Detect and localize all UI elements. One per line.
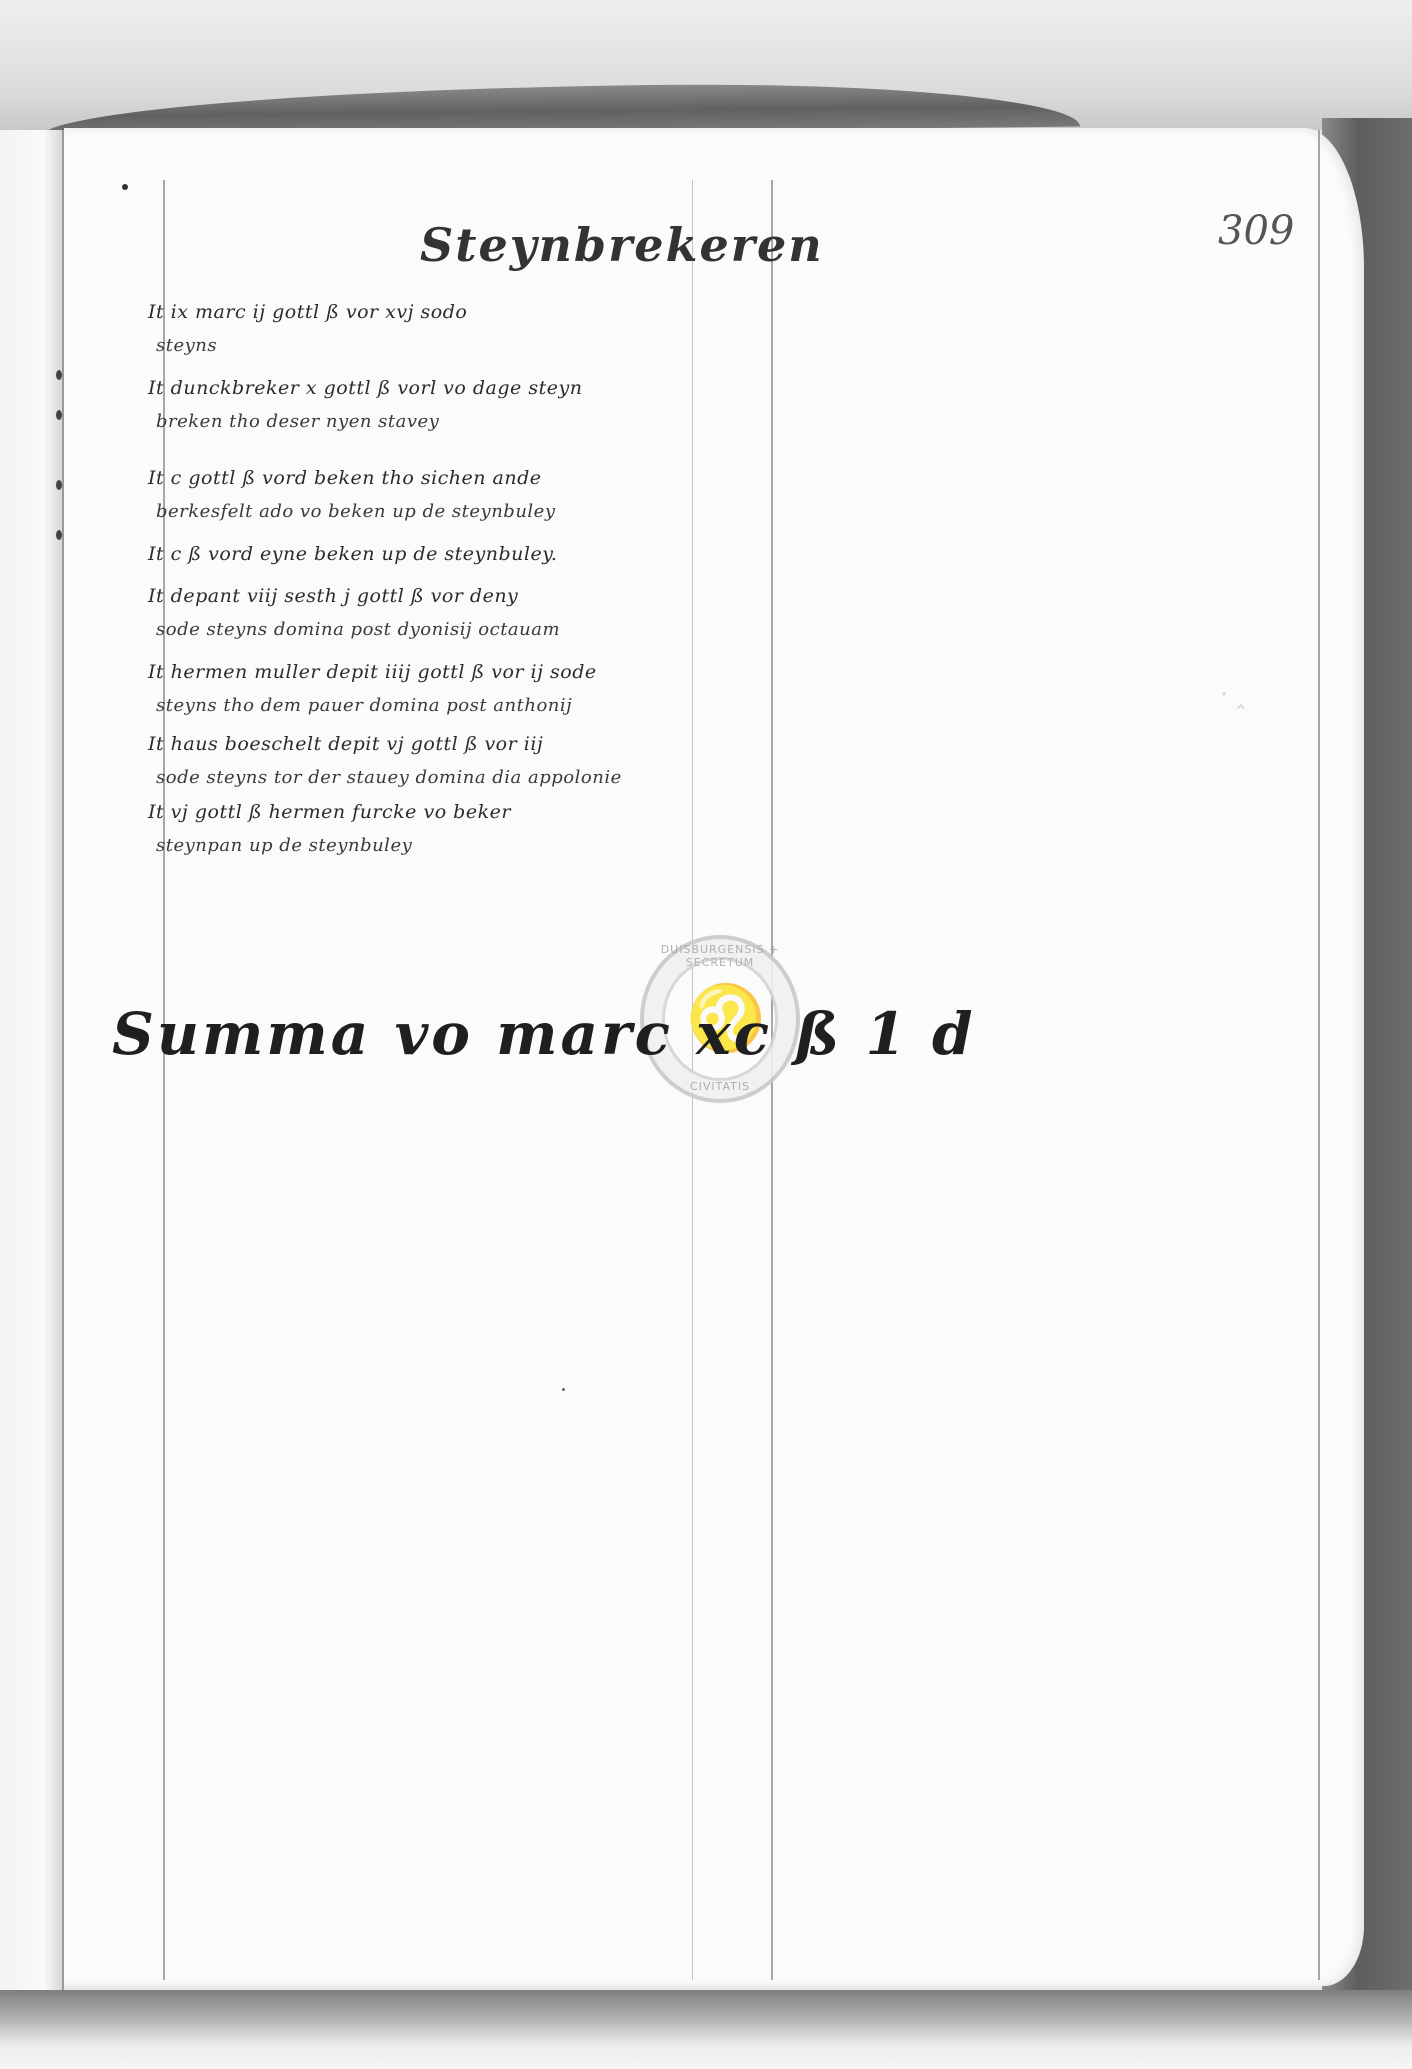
entry-line: It haus boeschelt depit vj gottl ß vor i…	[148, 728, 738, 761]
seal-legend-top: DUISBURGENSIS + SECRETUM	[644, 943, 796, 969]
entry-line: It ix marc ij gottl ß vor xvj sodo	[148, 296, 738, 329]
ledger-entry: It ix marc ij gottl ß vor xvj sodo steyn…	[148, 296, 738, 362]
entry-line: breken tho deser nyen stavey	[148, 405, 738, 438]
ledger-entry: It vj gottl ß hermen furcke vo beker ste…	[148, 796, 738, 862]
entry-line: steyns tho dem pauer domina post anthoni…	[148, 689, 738, 722]
scan-background-bottom	[0, 1990, 1412, 2069]
entry-line: It dunckbreker x gottl ß vorl vo dage st…	[148, 372, 738, 405]
entry-line: steynpan up de steynbuley	[148, 829, 738, 862]
ledger-entry: It depant viij sesth j gottl ß vor deny …	[148, 580, 738, 646]
entry-line: sode steyns tor der stauey domina dia ap…	[148, 761, 738, 794]
bleed-through-mark: · ‸	[1220, 680, 1245, 710]
facing-page-edge	[0, 130, 64, 1990]
entry-line: It c ß vord eyne beken up de steynbuley.	[148, 538, 738, 571]
outer-margin-rule	[1318, 130, 1320, 1980]
binding-stitch	[56, 370, 62, 380]
binding-stitch	[56, 410, 62, 420]
entry-line: berkesfelt ado vo beken up de steynbuley	[148, 495, 738, 528]
ledger-entry: It c ß vord eyne beken up de steynbuley.	[148, 538, 738, 571]
entry-line: steyns	[148, 329, 738, 362]
ledger-entry: It dunckbreker x gottl ß vorl vo dage st…	[148, 372, 738, 438]
left-margin-rule	[163, 180, 165, 1980]
entry-line: It vj gottl ß hermen furcke vo beker	[148, 796, 738, 829]
folio-number: 309	[1218, 208, 1294, 254]
binding-stitch	[56, 530, 62, 540]
summa-total: Summa vo marc xc ß 1 d	[112, 1000, 976, 1068]
ledger-entry: It c gottl ß vord beken tho sichen ande …	[148, 462, 738, 528]
entry-line: It depant viij sesth j gottl ß vor deny	[148, 580, 738, 613]
entry-line: It hermen muller depit iiij gottl ß vor …	[148, 656, 738, 689]
binding-stitch	[56, 480, 62, 490]
entry-line: sode steyns domina post dyonisij octauam	[148, 613, 738, 646]
section-heading: Steynbrekeren	[420, 218, 824, 272]
seal-legend-bottom: CIVITATIS	[644, 1080, 796, 1093]
ledger-entry: It haus boeschelt depit vj gottl ß vor i…	[148, 728, 738, 794]
prick-mark	[122, 184, 128, 190]
ledger-entry: It hermen muller depit iiij gottl ß vor …	[148, 656, 738, 722]
entry-line: It c gottl ß vord beken tho sichen ande	[148, 462, 738, 495]
ink-speck	[562, 1388, 565, 1391]
